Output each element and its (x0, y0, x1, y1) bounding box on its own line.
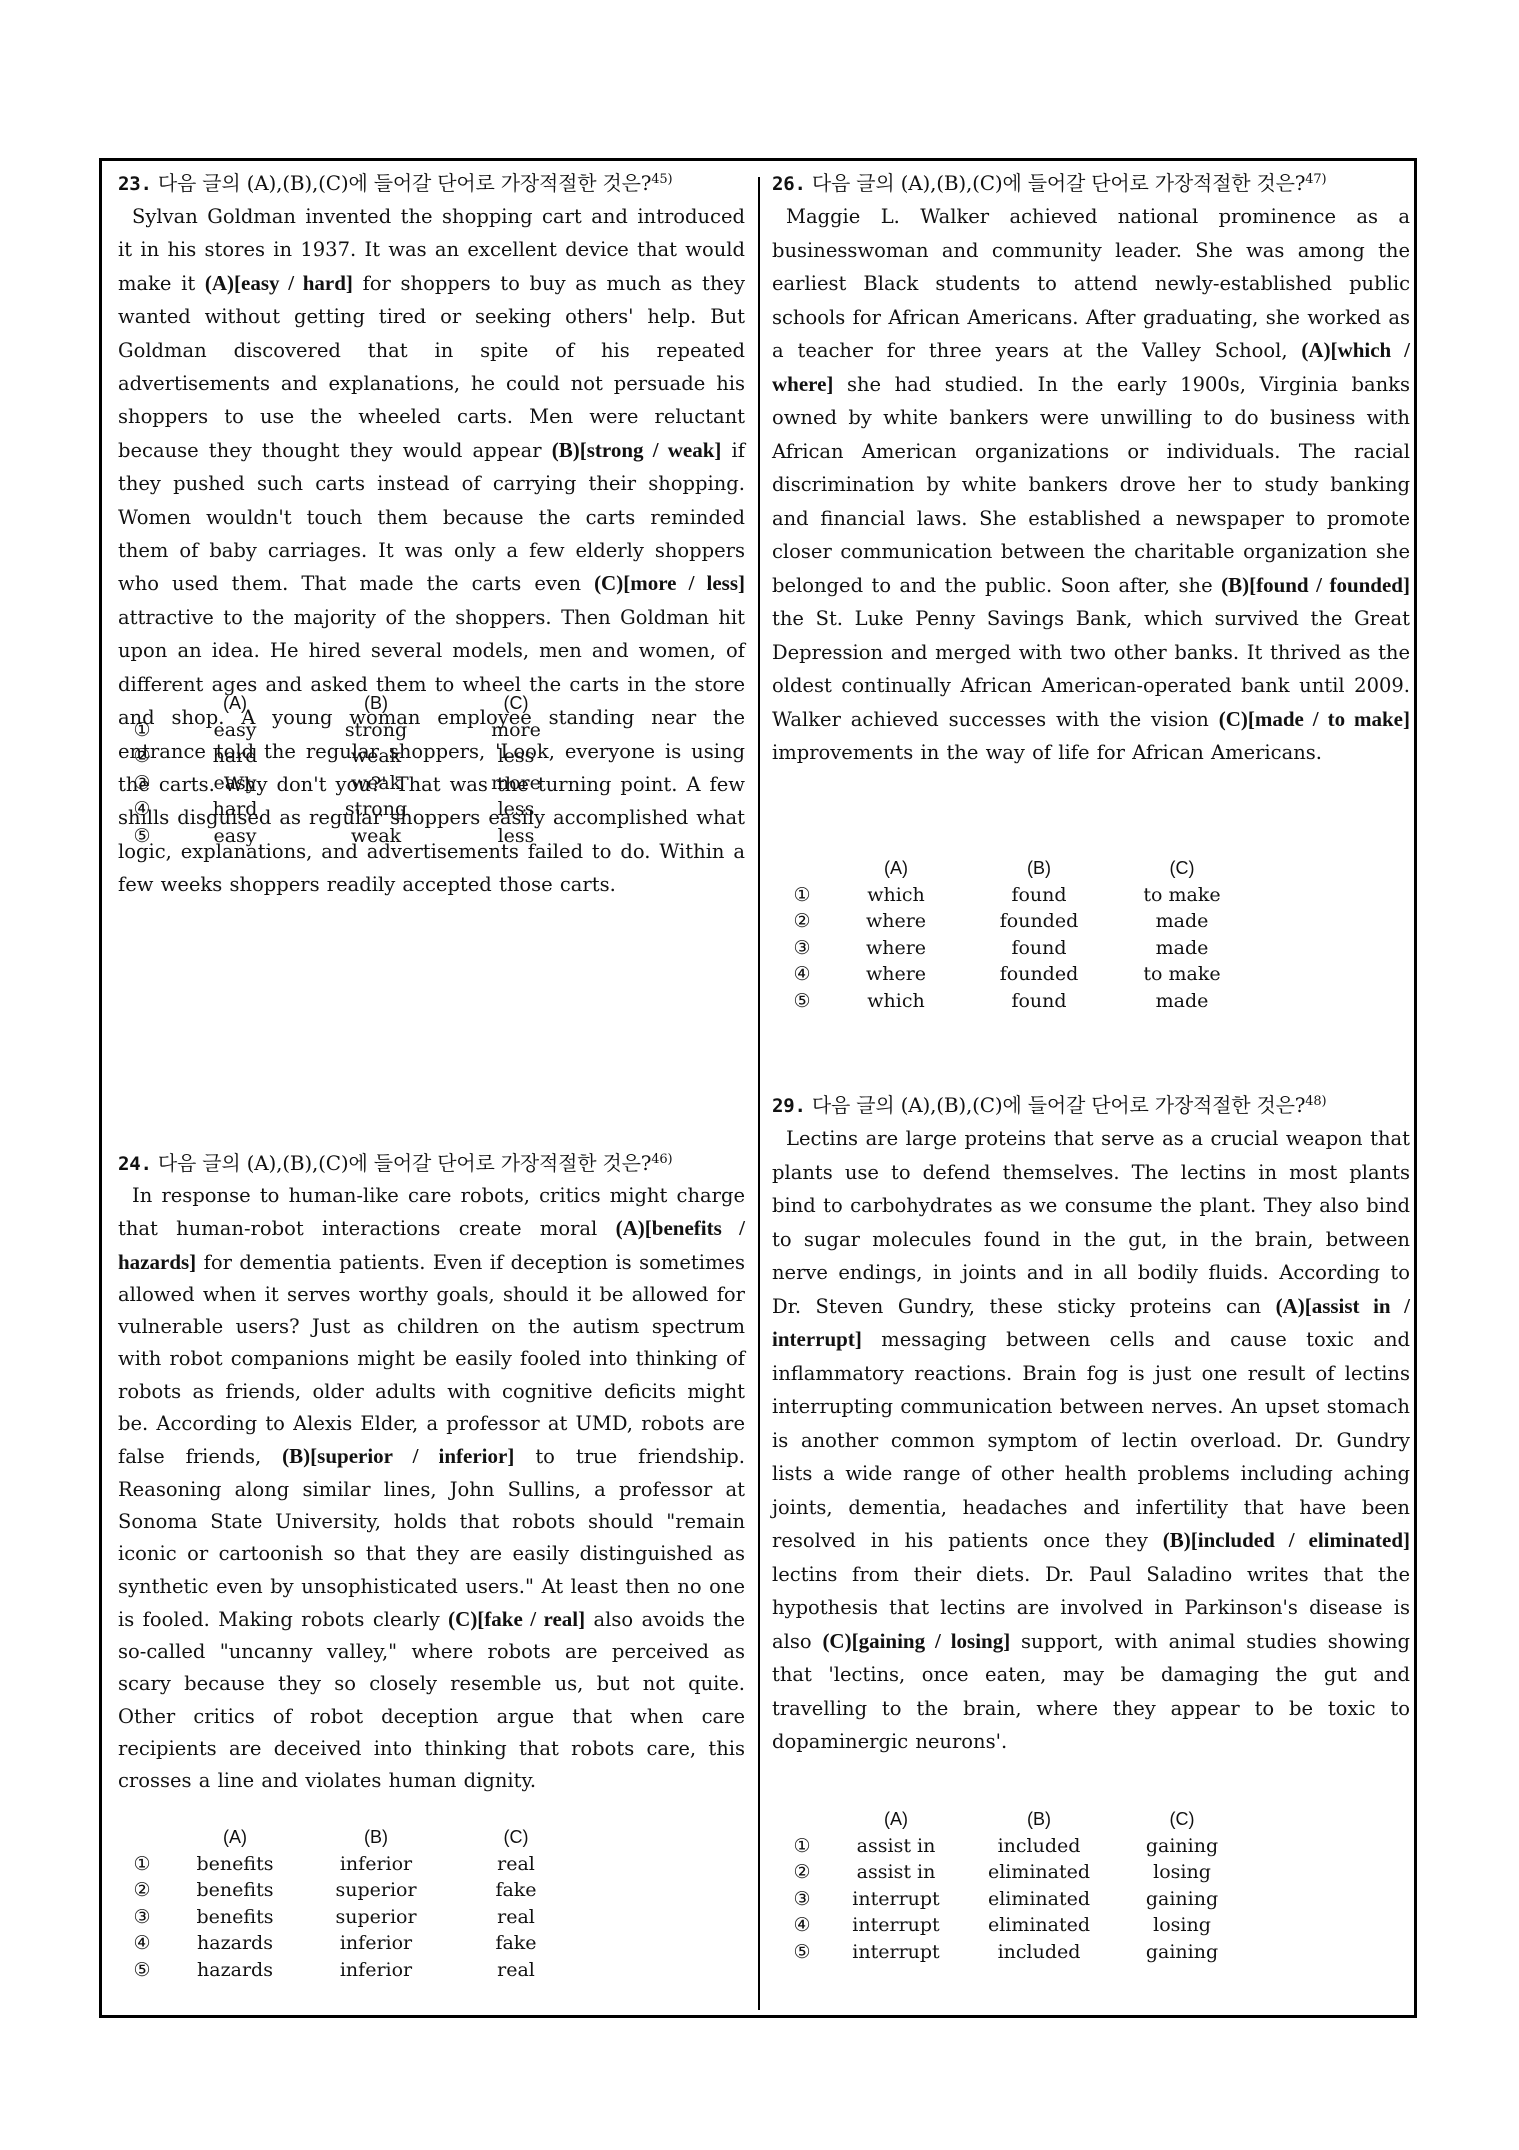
option-b: founded (1000, 908, 1079, 935)
question-29: 29. 다음 글의 (A),(B),(C)에 들어갈 단어로 가장적절한 것은?… (772, 1092, 1410, 1759)
options-header-b: (B) (364, 1824, 388, 1851)
answer-option-row[interactable]: ④wherefoundedto make (772, 961, 1410, 988)
blank-choice: (C)[fake / real] (448, 1607, 585, 1631)
options-header-b: (B) (364, 690, 388, 717)
answer-option-row[interactable]: ④hardstrongless (118, 796, 745, 823)
option-a: where (866, 935, 926, 962)
question-26: 26. 다음 글의 (A),(B),(C)에 들어갈 단어로 가장적절한 것은?… (772, 170, 1410, 770)
question-prompt: 다음 글의 (A),(B),(C)에 들어갈 단어로 가장적절한 것은? (812, 171, 1305, 195)
options-header-c: (C) (1170, 1806, 1195, 1833)
options-header-row: (A)(B)(C) (772, 855, 1410, 882)
option-c: more (491, 717, 541, 744)
passage-text: messaging between cells and cause toxic … (772, 1328, 1410, 1552)
option-b: strong (345, 796, 407, 823)
option-number: ① (133, 717, 150, 744)
option-b: inferior (340, 1957, 412, 1984)
option-c: real (497, 1957, 535, 1984)
option-c: to make (1143, 961, 1220, 988)
options-header-c: (C) (504, 1824, 529, 1851)
question-23: 23. 다음 글의 (A),(B),(C)에 들어갈 단어로 가장적절한 것은?… (118, 170, 745, 902)
blank-choice: (B)[found / founded] (1221, 573, 1410, 597)
answer-options: (A)(B)(C)①benefitsinferiorreal②benefitss… (118, 1824, 745, 1984)
option-b: weak (351, 823, 401, 850)
passage-text: for shoppers to buy as much as they want… (118, 272, 745, 462)
option-a: hazards (197, 1930, 273, 1957)
blank-choice: (A)[easy / hard] (205, 271, 353, 295)
option-b: eliminated (988, 1859, 1090, 1886)
option-b: included (998, 1833, 1081, 1860)
option-c: made (1156, 988, 1209, 1015)
options-header-a: (A) (884, 855, 908, 882)
passage-text: Lectins are large proteins that serve as… (772, 1127, 1410, 1318)
answer-option-row[interactable]: ⑤easyweakless (118, 823, 745, 850)
answer-option-row[interactable]: ①benefitsinferiorreal (118, 1851, 745, 1878)
option-c: losing (1153, 1859, 1211, 1886)
footnote-marker: 47) (1305, 172, 1326, 187)
option-c: real (497, 1904, 535, 1931)
options-header-c: (C) (504, 690, 529, 717)
passage-text: also avoids the so-called "uncanny valle… (118, 1608, 745, 1792)
blank-choice: (B)[strong / weak] (552, 438, 722, 462)
options-header-b: (B) (1027, 1806, 1051, 1833)
question-number: 24. (118, 1153, 152, 1175)
question-prompt: 다음 글의 (A),(B),(C)에 들어갈 단어로 가장적절한 것은? (812, 1093, 1305, 1117)
option-b: included (998, 1939, 1081, 1966)
option-number: ④ (793, 1912, 810, 1939)
options-header-a: (A) (884, 1806, 908, 1833)
option-a: interrupt (852, 1912, 939, 1939)
option-b: eliminated (988, 1886, 1090, 1913)
option-number: ③ (133, 1904, 150, 1931)
option-c: more (491, 770, 541, 797)
option-a: easy (213, 717, 256, 744)
option-a: which (867, 882, 924, 909)
answer-option-row[interactable]: ②wherefoundedmade (772, 908, 1410, 935)
option-number: ③ (793, 1886, 810, 1913)
option-b: eliminated (988, 1912, 1090, 1939)
passage: Lectins are large proteins that serve as… (772, 1122, 1410, 1759)
answer-options: (A)(B)(C)①assist inincludedgaining②assis… (772, 1806, 1410, 1966)
options-header-a: (A) (223, 1824, 247, 1851)
question-heading: 29. 다음 글의 (A),(B),(C)에 들어갈 단어로 가장적절한 것은?… (772, 1092, 1410, 1122)
option-b: founded (1000, 961, 1079, 988)
option-number: ⑤ (133, 1957, 150, 1984)
answer-option-row[interactable]: ③wherefoundmade (772, 935, 1410, 962)
answer-options: (A)(B)(C)①whichfoundto make②wherefounded… (772, 855, 1410, 1015)
option-a: benefits (197, 1851, 274, 1878)
answer-option-row[interactable]: ⑤hazardsinferiorreal (118, 1957, 745, 1984)
option-a: hard (213, 743, 258, 770)
answer-option-row[interactable]: ③interrupteliminatedgaining (772, 1886, 1410, 1913)
question-number: 29. (772, 1095, 806, 1117)
blank-choice: (C)[gaining / losing] (822, 1629, 1010, 1653)
passage-text: to true friendship. Reasoning along simi… (118, 1445, 745, 1630)
passage-text: for dementia patients. Even if deception… (118, 1251, 745, 1469)
option-b: found (1011, 935, 1066, 962)
option-a: benefits (197, 1877, 274, 1904)
answer-option-row[interactable]: ⑤interruptincludedgaining (772, 1939, 1410, 1966)
option-number: ① (793, 1833, 810, 1860)
question-prompt: 다음 글의 (A),(B),(C)에 들어갈 단어로 가장적절한 것은? (158, 1151, 651, 1175)
option-a: hazards (197, 1957, 273, 1984)
answer-option-row[interactable]: ③easyweakmore (118, 770, 745, 797)
option-b: inferior (340, 1930, 412, 1957)
question-heading: 23. 다음 글의 (A),(B),(C)에 들어갈 단어로 가장적절한 것은?… (118, 170, 745, 200)
option-c: less (498, 743, 535, 770)
option-number: ③ (793, 935, 810, 962)
passage-text: she had studied. In the early 1900s, Vir… (772, 373, 1410, 597)
option-a: interrupt (852, 1886, 939, 1913)
option-number: ② (793, 908, 810, 935)
question-24: 24. 다음 글의 (A),(B),(C)에 들어갈 단어로 가장적절한 것은?… (118, 1150, 745, 1798)
option-c: real (497, 1851, 535, 1878)
option-number: ④ (133, 1930, 150, 1957)
blank-choice: (C)[made / to make] (1219, 707, 1410, 731)
question-prompt: 다음 글의 (A),(B),(C)에 들어갈 단어로 가장적절한 것은? (158, 171, 651, 195)
option-a: interrupt (852, 1939, 939, 1966)
question-heading: 24. 다음 글의 (A),(B),(C)에 들어갈 단어로 가장적절한 것은?… (118, 1150, 745, 1180)
footnote-marker: 46) (651, 1152, 672, 1167)
option-number: ① (793, 882, 810, 909)
option-c: to make (1143, 882, 1220, 909)
option-b: weak (351, 743, 401, 770)
answer-options: (A)(B)(C)①easystrongmore②hardweakless③ea… (118, 690, 745, 850)
question-heading: 26. 다음 글의 (A),(B),(C)에 들어갈 단어로 가장적절한 것은?… (772, 170, 1410, 200)
option-number: ⑤ (133, 823, 150, 850)
option-number: ④ (133, 796, 150, 823)
column-divider (758, 177, 760, 2010)
answer-option-row[interactable]: ④hazardsinferiorfake (118, 1930, 745, 1957)
option-c: made (1156, 908, 1209, 935)
options-header-c: (C) (1170, 855, 1195, 882)
option-number: ① (133, 1851, 150, 1878)
answer-option-row[interactable]: ①assist inincludedgaining (772, 1833, 1410, 1860)
option-number: ② (793, 1859, 810, 1886)
option-a: assist in (857, 1833, 936, 1860)
question-number: 23. (118, 173, 152, 195)
blank-choice: (B)[superior / inferior] (282, 1444, 514, 1468)
footnote-marker: 45) (651, 172, 672, 187)
option-b: superior (335, 1904, 416, 1931)
option-number: ② (133, 743, 150, 770)
options-header-row: (A)(B)(C) (118, 1824, 745, 1851)
option-a: benefits (197, 1904, 274, 1931)
passage: In response to human-like care robots, c… (118, 1180, 745, 1798)
answer-option-row[interactable]: ②benefitssuperiorfake (118, 1877, 745, 1904)
option-a: where (866, 961, 926, 988)
option-c: fake (495, 1930, 536, 1957)
blank-choice: (C)[more / less] (594, 571, 745, 595)
option-number: ④ (793, 961, 810, 988)
option-c: made (1156, 935, 1209, 962)
option-a: where (866, 908, 926, 935)
answer-option-row[interactable]: ②assist ineliminatedlosing (772, 1859, 1410, 1886)
option-b: inferior (340, 1851, 412, 1878)
answer-option-row[interactable]: ④interrupteliminatedlosing (772, 1912, 1410, 1939)
option-b: weak (351, 770, 401, 797)
answer-option-row[interactable]: ①easystrongmore (118, 717, 745, 744)
option-b: found (1011, 882, 1066, 909)
options-header-row: (A)(B)(C) (118, 690, 745, 717)
option-b: superior (335, 1877, 416, 1904)
option-c: gaining (1146, 1939, 1218, 1966)
option-a: easy (213, 770, 256, 797)
option-number: ③ (133, 770, 150, 797)
option-number: ⑤ (793, 988, 810, 1015)
footnote-marker: 48) (1305, 1094, 1326, 1109)
option-b: strong (345, 717, 407, 744)
options-header-b: (B) (1027, 855, 1051, 882)
option-b: found (1011, 988, 1066, 1015)
option-a: assist in (857, 1859, 936, 1886)
question-number: 26. (772, 173, 806, 195)
options-header-a: (A) (223, 690, 247, 717)
option-c: losing (1153, 1912, 1211, 1939)
passage-text: improvements in the way of life for Afri… (772, 741, 1322, 764)
blank-choice: (B)[included / eliminated] (1163, 1528, 1410, 1552)
answer-option-row[interactable]: ①whichfoundto make (772, 882, 1410, 909)
answer-option-row[interactable]: ②hardweakless (118, 743, 745, 770)
option-c: gaining (1146, 1886, 1218, 1913)
answer-option-row[interactable]: ③benefitssuperiorreal (118, 1904, 745, 1931)
answer-option-row[interactable]: ⑤whichfoundmade (772, 988, 1410, 1015)
option-a: hard (213, 796, 258, 823)
options-header-row: (A)(B)(C) (772, 1806, 1410, 1833)
option-number: ⑤ (793, 1939, 810, 1966)
option-c: less (498, 796, 535, 823)
passage: Maggie L. Walker achieved national promi… (772, 200, 1410, 770)
option-number: ② (133, 1877, 150, 1904)
option-c: less (498, 823, 535, 850)
option-c: gaining (1146, 1833, 1218, 1860)
option-a: which (867, 988, 924, 1015)
option-a: easy (213, 823, 256, 850)
option-c: fake (495, 1877, 536, 1904)
